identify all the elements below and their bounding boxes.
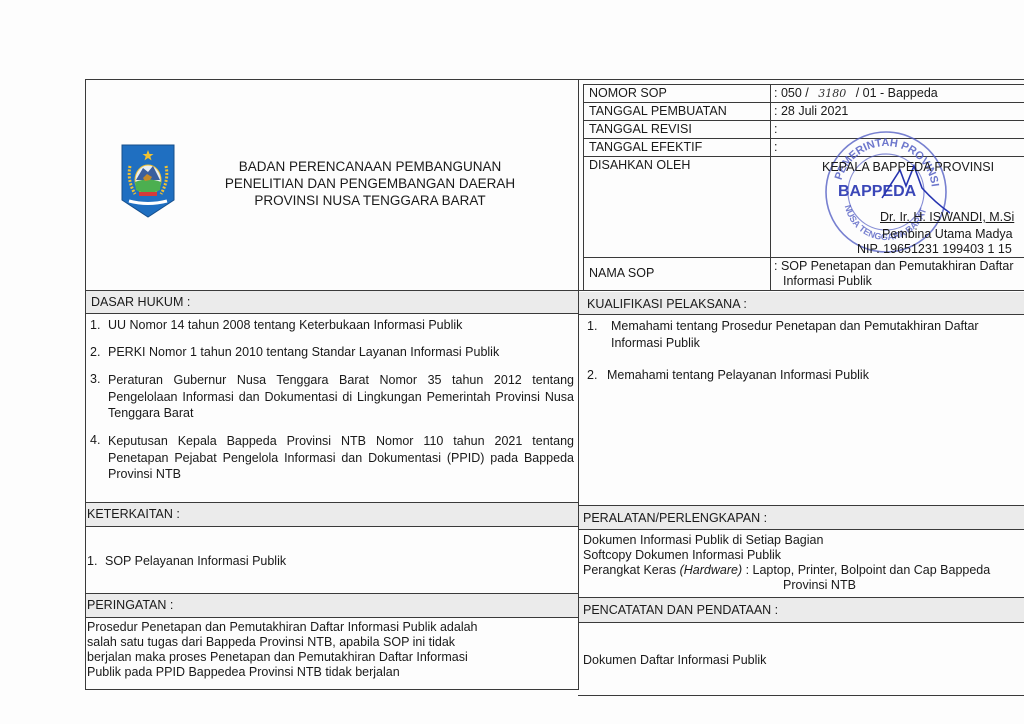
- row-line: [578, 314, 1024, 315]
- table-left-border: [85, 79, 86, 690]
- row-line: [583, 102, 1024, 103]
- row-line: [85, 526, 578, 527]
- nama-sop-value-2: Informasi Publik: [783, 274, 872, 289]
- pencatatan-title: PENCATATAN DAN PENDATAAN :: [583, 603, 778, 618]
- row-line: [85, 502, 578, 503]
- table-bottom-border: [578, 695, 1024, 696]
- hardware-italic: (Hardware): [680, 563, 743, 577]
- dasar-hukum-item-3: 3. Peraturan Gubernur Nusa Tenggara Bara…: [90, 372, 574, 422]
- hardware-label: Perangkat Keras: [583, 563, 680, 577]
- nomor-sop-handwritten: 3180: [812, 87, 852, 100]
- peralatan-hardware: Perangkat Keras (Hardware) : Laptop, Pri…: [583, 563, 990, 578]
- row-line: [85, 593, 578, 594]
- item-number: 2.: [587, 368, 607, 383]
- row-line: [583, 257, 1024, 258]
- peringatan-line-2: salah satu tugas dari Bappeda Provinsi N…: [87, 635, 455, 650]
- nomor-sop-label: NOMOR SOP: [589, 86, 667, 101]
- item-number: 1.: [587, 319, 611, 334]
- nomor-sop-prefix: : 050 /: [774, 86, 809, 100]
- row-line: [578, 505, 1024, 506]
- kualifikasi-item-1-cont: Informasi Publik: [611, 336, 700, 351]
- kualifikasi-item-2: 2.Memahami tentang Pelayanan Informasi P…: [587, 368, 869, 383]
- peralatan-hardware-cont: Provinsi NTB: [783, 578, 856, 593]
- row-line: [578, 622, 1024, 623]
- row-line: [85, 290, 1024, 291]
- hardware-value: : Laptop, Printer, Bolpoint dan Cap Bapp…: [742, 563, 990, 577]
- keterkaitan-title: KETERKAITAN :: [87, 507, 180, 522]
- row-line: [583, 156, 1024, 157]
- item-number: 4.: [90, 433, 108, 483]
- keterkaitan-item-1: 1.SOP Pelayanan Informasi Publik: [87, 554, 286, 569]
- header-subtable-mid: [770, 84, 771, 290]
- peringatan-line-4: Publik pada PPID Bappedea Provinsi NTB t…: [87, 665, 400, 680]
- disahkan-oleh-label: DISAHKAN OLEH: [589, 158, 690, 173]
- peralatan-title: PERALATAN/PERLENGKAPAN :: [583, 511, 767, 526]
- dasar-hukum-title: DASAR HUKUM :: [91, 295, 190, 310]
- dasar-hukum-item-4: 4. Keputusan Kepala Bappeda Provinsi NTB…: [90, 433, 574, 483]
- svg-text:BAPPEDA: BAPPEDA: [838, 183, 917, 200]
- tanggal-pembuatan-value: : 28 Juli 2021: [774, 104, 848, 119]
- tanggal-pembuatan-label: TANGGAL PEMBUATAN: [589, 104, 727, 119]
- dasar-hukum-item-2: 2.PERKI Nomor 1 tahun 2010 tentang Stand…: [90, 345, 572, 360]
- table-bottom-border: [85, 689, 578, 690]
- tanggal-revisi-label: TANGGAL REVISI: [589, 122, 692, 137]
- tanggal-revisi-value: :: [774, 122, 777, 137]
- row-line: [583, 120, 1024, 121]
- signatory-name-text: Dr. Ir. H. ISWANDI, M.Si: [880, 210, 1014, 224]
- item-number: 2.: [90, 345, 108, 360]
- org-line-2: PENELITIAN DAN PENGEMBANGAN DAERAH: [180, 175, 560, 192]
- row-line: [85, 313, 578, 314]
- item-number: 3.: [90, 372, 108, 422]
- row-line: [85, 617, 578, 618]
- signatory-nip: NIP. 19651231 199403 1 15: [857, 242, 1012, 257]
- tanggal-efektif-label: TANGGAL EFEKTIF: [589, 140, 702, 155]
- tanggal-efektif-value: :: [774, 140, 777, 155]
- nama-sop-label: NAMA SOP: [589, 266, 654, 281]
- item-text: Peraturan Gubernur Nusa Tenggara Barat N…: [108, 372, 574, 422]
- peringatan-line-3: berjalan maka proses Penetapan dan Pemut…: [87, 650, 468, 665]
- org-line-1: BADAN PERENCANAAN PEMBANGUNAN: [180, 158, 560, 175]
- item-text: Memahami tentang Prosedur Penetapan dan …: [611, 319, 979, 333]
- item-text: Memahami tentang Pelayanan Informasi Pub…: [607, 368, 869, 382]
- item-text: UU Nomor 14 tahun 2008 tentang Keterbuka…: [108, 318, 462, 332]
- pencatatan-text: Dokumen Daftar Informasi Publik: [583, 653, 766, 668]
- peralatan-line-2: Softcopy Dokumen Informasi Publik: [583, 548, 781, 563]
- peralatan-line-1: Dokumen Informasi Publik di Setiap Bagia…: [583, 533, 823, 548]
- signatory-title: KEPALA BAPPEDA PROVINSI: [822, 160, 994, 175]
- header-subtable-left: [583, 84, 584, 290]
- row-line: [583, 84, 1024, 85]
- item-number: 1.: [90, 318, 108, 333]
- item-text: Keputusan Kepala Bappeda Provinsi NTB No…: [108, 433, 574, 483]
- item-number: 1.: [87, 554, 105, 569]
- nomor-sop-suffix: / 01 - Bappeda: [856, 86, 938, 100]
- kualifikasi-title: KUALIFIKASI PELAKSANA :: [587, 297, 747, 312]
- signatory-name: Dr. Ir. H. ISWANDI, M.Si: [880, 210, 1014, 225]
- item-text: PERKI Nomor 1 tahun 2010 tentang Standar…: [108, 345, 499, 359]
- organization-name: BADAN PERENCANAAN PEMBANGUNAN PENELITIAN…: [180, 158, 560, 209]
- column-divider: [578, 79, 579, 690]
- row-line: [578, 529, 1024, 530]
- dasar-hukum-item-1: 1.UU Nomor 14 tahun 2008 tentang Keterbu…: [90, 318, 572, 333]
- org-line-3: PROVINSI NUSA TENGGARA BARAT: [180, 192, 560, 209]
- row-line: [578, 597, 1024, 598]
- nama-sop-value-1: : SOP Penetapan dan Pemutakhiran Daftar: [774, 259, 1014, 274]
- peringatan-line-1: Prosedur Penetapan dan Pemutakhiran Daft…: [87, 620, 478, 635]
- kualifikasi-item-1: 1.Memahami tentang Prosedur Penetapan da…: [587, 319, 979, 334]
- nomor-sop-value: : 050 / 3180 / 01 - Bappeda: [774, 86, 938, 101]
- peringatan-title: PERINGATAN :: [87, 598, 173, 613]
- item-text: SOP Pelayanan Informasi Publik: [105, 554, 286, 568]
- ntb-emblem-icon: [121, 144, 175, 218]
- signatory-rank: Pembina Utama Madya: [882, 227, 1013, 242]
- row-line: [583, 138, 1024, 139]
- table-top-border: [85, 79, 1024, 80]
